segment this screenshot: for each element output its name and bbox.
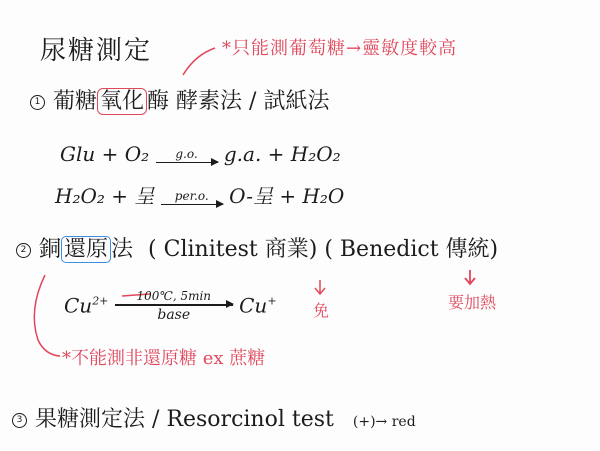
eq-right: g.a. + H₂O₂ (224, 142, 341, 166)
boxed-keyword: 還原 (61, 236, 111, 263)
equation-1: Glu + O₂ g.o. g.a. + H₂O₂ (60, 142, 341, 166)
heading-text: 法 (111, 237, 133, 262)
non-reducing-note: *不能測非還原糖 ex 蔗糖 (62, 344, 265, 370)
separator: / (152, 407, 159, 432)
section-1-heading: 1葡糖氧化酶 酵素法 / 試紙法 (30, 84, 329, 115)
boxed-keyword: 氧化 (97, 88, 147, 115)
separator: / (249, 89, 256, 114)
charge: + (267, 295, 276, 308)
heading-alt: 試紙法 (263, 89, 329, 114)
eq-left: H₂O₂ + 呈 (55, 184, 154, 208)
section-number: 1 (30, 95, 45, 110)
eq-right: O-呈 + H₂O (229, 184, 344, 208)
reactant: Cu (64, 293, 92, 317)
temperature: 100℃ (136, 289, 172, 303)
heading-text: 葡糖 (53, 89, 97, 114)
section-2-heading: 2銅還原法 ( Clinitest 商業) ( Benedict 傳統) (16, 232, 498, 263)
heading-text: 酶 酵素法 (147, 89, 242, 114)
heading-text: 銅 (39, 237, 61, 262)
arrow-down-icon (465, 270, 475, 284)
section-3-heading: 3果糖測定法 / Resorcinol test (+)→ red (12, 402, 416, 433)
enzyme-label: per.o. (161, 190, 223, 202)
page-title: 尿糖測定 (40, 30, 152, 67)
section-number: 3 (12, 413, 27, 428)
time: , 5min (173, 289, 211, 303)
heading-text: 果糖測定法 (35, 407, 145, 432)
charge: 2+ (92, 295, 108, 308)
clinitest-label: ( Clinitest 商業) (148, 237, 317, 262)
copper-reaction: Cu2+ 100℃, 5minbase Cu+ (64, 290, 277, 324)
enzyme-label: g.o. (156, 148, 218, 160)
bracket-curve (34, 275, 60, 356)
reaction-arrow: g.o. (156, 148, 218, 164)
product: Cu (239, 293, 267, 317)
glucose-only-note: *只能測葡萄糖→靈敏度較高 (222, 34, 457, 60)
section-number: 2 (16, 243, 31, 258)
eq-left: Glu + O₂ (60, 142, 149, 166)
reaction-arrow: per.o. (161, 190, 223, 206)
result-text: (+)→ red (353, 414, 416, 430)
arrow-down-icon (315, 280, 325, 294)
reaction-arrow: 100℃, 5minbase (115, 290, 233, 324)
condition-base: base (115, 306, 233, 324)
equation-2: H₂O₂ + 呈 per.o. O-呈 + H₂O (55, 180, 344, 209)
benedict-label: ( Benedict 傳統) (324, 237, 498, 262)
clinitest-note: 免 (313, 298, 329, 321)
pointer-line (183, 48, 215, 75)
ink-strokes (0, 0, 600, 451)
heading-alt: Resorcinol test (166, 407, 333, 432)
benedict-note: 要加熱 (448, 290, 496, 313)
